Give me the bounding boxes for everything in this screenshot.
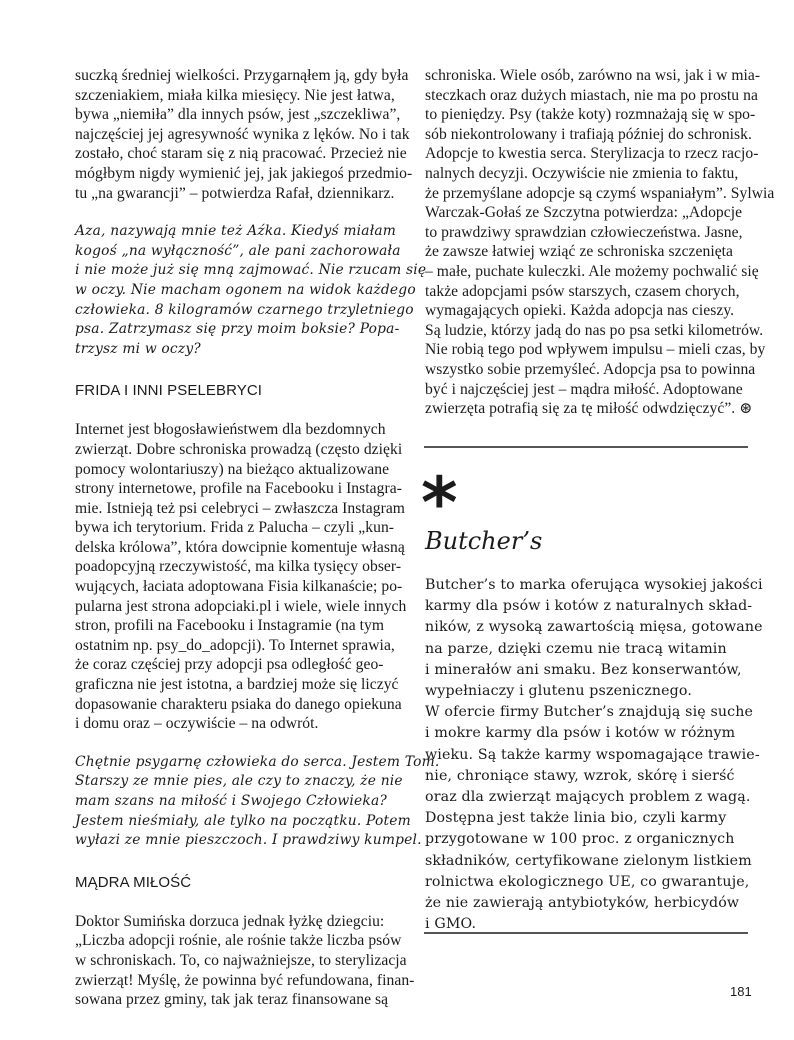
section-paragraph-frida: Internet jest błogosławieństwem dla bezd… [75,420,405,734]
text-line: „Liczba adopcji rośnie, ale rośnie także… [75,931,405,951]
text-line: że przemyślane adopcje są czymś wspaniał… [425,184,750,204]
sidebar-title: Butcher’s [425,526,542,556]
text-line: delska królowa”, która dowcipnie komentu… [75,538,405,558]
intro-paragraph: suczką średniej wielkości. Przygarnąłem … [75,66,405,203]
text-line: steczkach oraz dużych miastach, nie ma p… [425,86,750,106]
text-line: wujących, łaciata adoptowana Fisia kilka… [75,577,405,597]
dog-quote-aza: Aza, nazywają mnie też Aźka. Kiedyś miał… [75,222,405,359]
spacer [75,203,405,222]
text-line: Są ludzie, którzy jadą do nas po psa set… [425,321,750,341]
text-line: wypełniaczy i glutenu pszenicznego. [425,681,755,702]
text-line: Jestem nieśmiały, ale tylko na początku.… [75,812,405,832]
sidebar-bottom-rule [424,932,748,934]
text-line: że nie zawierają antybiotyków, herbicydó… [425,893,755,914]
text-line: mógłbym nigdy wymienić jej, jak jakiegoś… [75,164,405,184]
text-line: Internet jest błogosławieństwem dla bezd… [75,420,405,440]
text-line: trzysz mi w oczy? [75,340,405,360]
text-line: bywa ich terytorium. Frida z Palucha – c… [75,518,405,538]
text-line: zwierzęta potrafią się za tę miłość odwd… [425,399,750,419]
text-line: także adopcjami psów starszych, czasem c… [425,282,750,302]
dog-quote-tom: Chętnie psygarnę człowieka do serca. Jes… [75,753,405,851]
text-line: Nie robią tego pod wpływem impulsu – mie… [425,340,750,360]
text-line: człowieka. 8 kilogramów czarnego trzylet… [75,301,405,321]
text-line: pomocy wolontariuszy) na bieżąco aktuali… [75,460,405,480]
page-number: 181 [730,984,752,999]
text-line: Butcher’s to marka oferująca wysokiej ja… [425,575,755,596]
text-line: wyłazi ze mnie pieszczoch. I prawdziwy k… [75,831,405,851]
sidebar-top-rule [424,446,748,448]
text-line: bywa „niemiła” dla innych psów, jest „sz… [75,105,405,125]
text-line: nie, chroniące stawy, wzrok, skórę i sie… [425,766,755,787]
text-line: sób niekontrolowany i trafiają później d… [425,125,750,145]
text-line: mam szans na miłość i Swojego Człowieka? [75,792,405,812]
text-line: to pieniędzy. Psy (także koty) rozmnażaj… [425,105,750,125]
text-line: stron, profili na Facebooku i Instagrami… [75,616,405,636]
text-line: wymagających opieki. Każda adopcja nas c… [425,301,750,321]
text-line: i nie może już się mną zajmować. Nie rzu… [75,261,405,281]
text-line: i domu oraz – oczywiście – na odwrót. [75,714,405,734]
text-line: W ofercie firmy Butcher’s znajdują się s… [425,702,755,723]
text-line: Dostępna jest także linia bio, czyli kar… [425,808,755,829]
text-line: zwierząt. Dobre schroniska prowadzą (czę… [75,440,405,460]
text-line: strony internetowe, profile na Facebooku… [75,479,405,499]
text-line: ników, z wysoką zawartością mięsa, gotow… [425,617,755,638]
text-line: psa. Zatrzymasz się przy moim boksie? Po… [75,320,405,340]
text-line: wieku. Są także karmy wspomagające trawi… [425,745,755,766]
text-line: szczeniakiem, miała kilka miesięcy. Nie … [75,86,405,106]
section-heading-frida: FRIDA I INNI PSELEBRYCI [75,381,405,400]
text-line: i mokre karmy dla psów i kotów w różnym [425,723,755,744]
section-heading-madra-milosc: MĄDRA MIŁOŚĆ [75,873,405,892]
text-line: w oczy. Nie macham ogonem na widok każde… [75,281,405,301]
continuation-paragraph: schroniska. Wiele osób, zarówno na wsi, … [425,66,750,419]
text-line: Starszy ze mnie pies, ale czy to znaczy,… [75,772,405,792]
spacer [75,400,405,420]
text-line: najczęściej jej agresywność wynika z lęk… [75,125,405,145]
text-line: suczką średniej wielkości. Przygarnąłem … [75,66,405,86]
sidebar-body: Butcher’s to marka oferująca wysokiej ja… [425,575,755,935]
section-paragraph-madra-milosc: Doktor Sumińska dorzuca jednak łyżkę dzi… [75,912,405,1010]
text-line: w schroniskach. To, co najważniejsze, to… [75,951,405,971]
text-line: Chętnie psygarnę człowieka do serca. Jes… [75,753,405,773]
text-line: zwierząt! Myślę, że powinna być refundow… [75,971,405,991]
left-column: suczką średniej wielkości. Przygarnąłem … [75,66,405,1010]
text-line: na parze, dzięki czemu nie tracą witamin [425,639,755,660]
spacer [75,892,405,912]
text-line: rolnictwa ekologicznego UE, co gwarantuj… [425,872,755,893]
text-line: pularna jest strona adopciaki.pl i wiele… [75,597,405,617]
text-line: nalnych decyzji. Oczywiście nie zmienia … [425,164,750,184]
text-line: być i najczęściej jest – mądra miłość. A… [425,380,750,400]
text-line: Aza, nazywają mnie też Aźka. Kiedyś miał… [75,222,405,242]
spacer [75,734,405,753]
text-line: Warczak-Gołaś ze Szczytna potwierdza: „A… [425,203,750,223]
text-line: Adopcje to kwestia serca. Sterylizacja t… [425,144,750,164]
text-line: składników, certyfikowane zielonym listk… [425,851,755,872]
text-line: wszystko sobie przemyśleć. Adopcja psa t… [425,360,750,380]
text-line: że coraz częściej przy adopcji psa odleg… [75,655,405,675]
text-line: dopasowanie charakteru psiaka do danego … [75,695,405,715]
text-line: – małe, puchate kuleczki. Ale możemy poc… [425,262,750,282]
text-line: zostało, choć staram się z nią pracować.… [75,144,405,164]
spacer [75,851,405,873]
text-line: to prawdziwy sprawdzian człowieczeństwa.… [425,223,750,243]
text-line: oraz dla zwierząt mających problem z wag… [425,787,755,808]
text-line: schroniska. Wiele osób, zarówno na wsi, … [425,66,750,86]
text-line: ostatnim np. psy_do_adopcji). To Interne… [75,636,405,656]
text-line: Doktor Sumińska dorzuca jednak łyżkę dzi… [75,912,405,932]
right-column: schroniska. Wiele osób, zarówno na wsi, … [425,66,750,419]
text-line: sowana przez gminy, tak jak teraz finans… [75,990,405,1010]
spacer [75,359,405,381]
text-line: przygotowane w 100 proc. z organicznych [425,829,755,850]
text-line: mie. Istnieją też psi celebryci – zwłasz… [75,499,405,519]
text-line: kogoś „na wyłączność”, ale pani zachorow… [75,242,405,262]
text-line: tu „na gwarancji” – potwierdza Rafał, dz… [75,184,405,204]
text-line: że zawsze łatwiej wziąć ze schroniska sz… [425,242,750,262]
text-line: poadopcyjną rzeczywistość, ma kilka tysi… [75,557,405,577]
text-line: graficzna nie jest istotna, a bardziej m… [75,675,405,695]
text-line: karmy dla psów i kotów z naturalnych skł… [425,596,755,617]
text-line: i minerałów ani smaku. Bez konserwantów, [425,660,755,681]
